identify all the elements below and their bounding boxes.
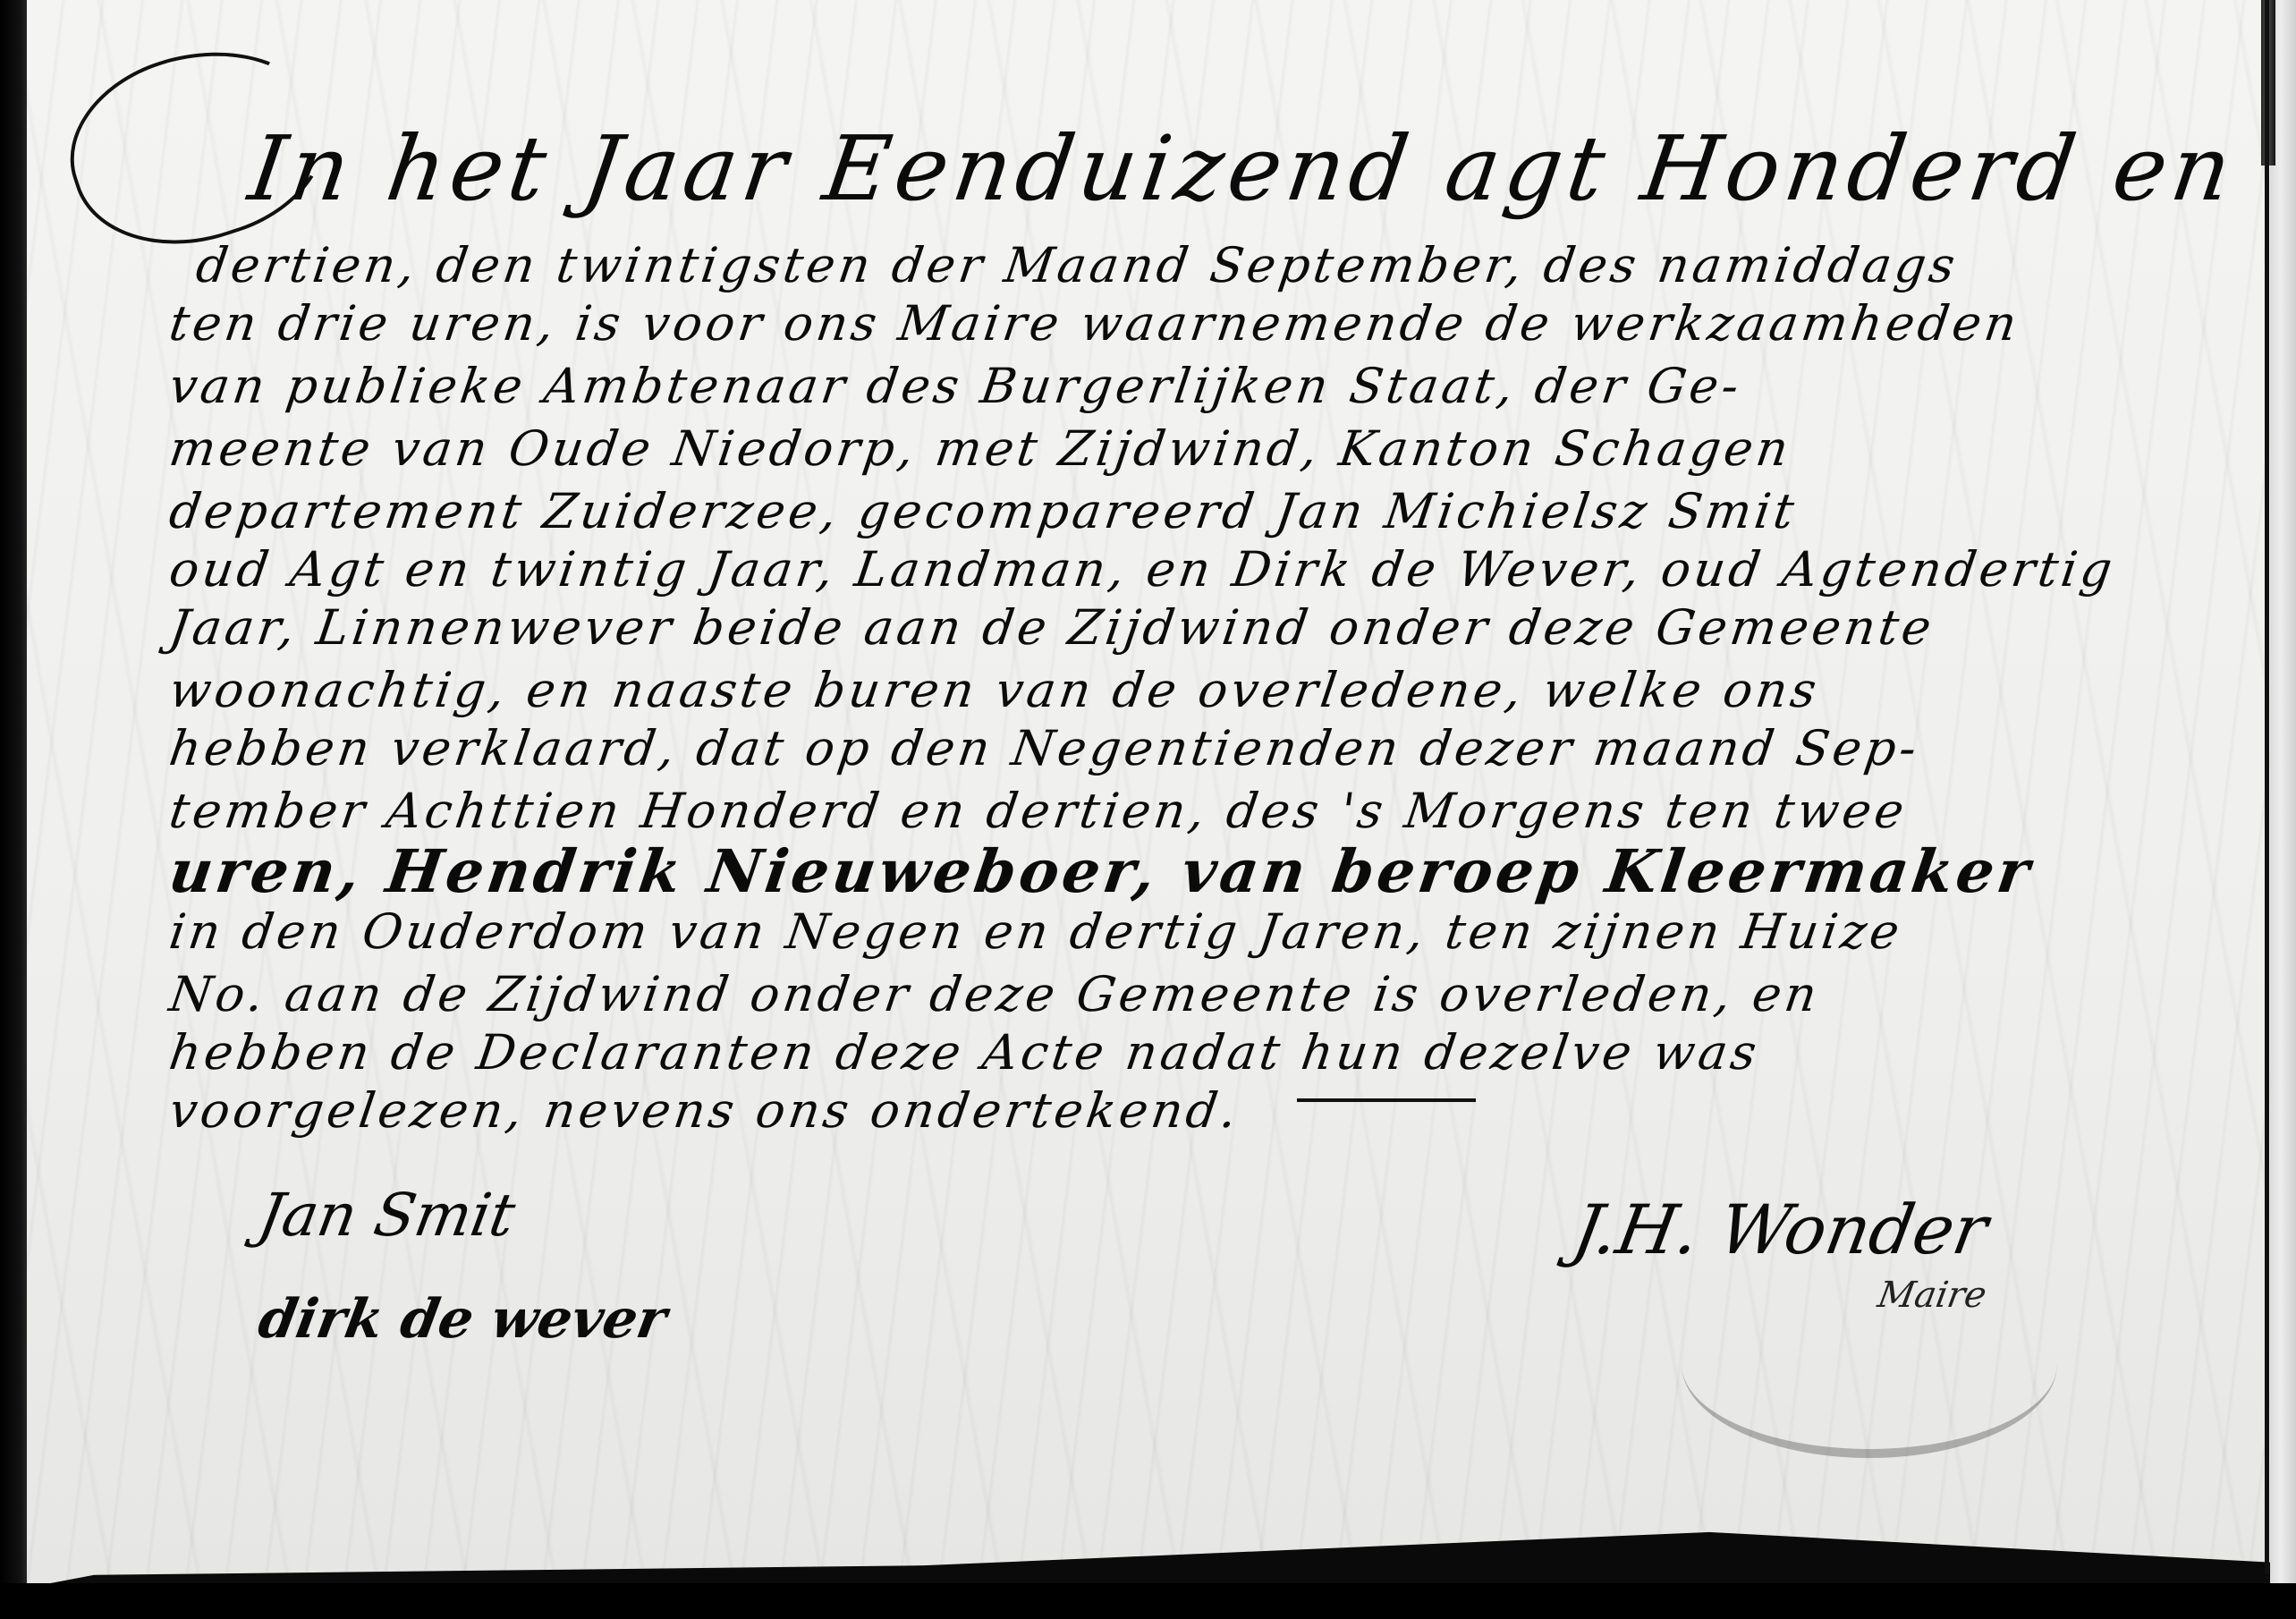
body-line-12-deceased: uren, Hendrik Nieuweboer, van beroep Kle… (165, 836, 2038, 906)
signature-maire-wonder: J.H. Wonder (1567, 1190, 1994, 1269)
body-line-3: ten drie uren, is voor ons Maire waarnem… (166, 295, 2024, 352)
body-line-6: departement Zuiderzee, gecompareerd Jan … (166, 483, 1801, 539)
signature-witness-jan-smit: Jan Smit (253, 1181, 520, 1250)
closing-dash (1297, 1098, 1476, 1102)
body-line-15: hebben de Declaranten deze Acte nadat hu… (166, 1024, 1764, 1081)
body-line-4: van publieke Ambtenaar des Burgerlijken … (166, 358, 1746, 414)
body-line-14: No. aan de Zijdwind onder deze Gemeente … (166, 966, 1824, 1022)
signature-witness-dirk-de-wever: dirk de wever (254, 1288, 672, 1351)
body-line-9: woonachtig, en naaste buren van de overl… (166, 662, 1824, 718)
scan-bottom-edge (0, 1583, 2296, 1619)
binding-line (2265, 0, 2269, 1574)
scan-left-edge (0, 0, 29, 1619)
body-line-10: hebben verklaard, dat op den Negentiende… (166, 720, 1924, 776)
body-line-2: dertien, den twintigsten der Maand Septe… (193, 237, 1962, 293)
adjacent-page-edge (2270, 0, 2296, 1588)
body-line-16: voorgelezen, nevens ons ondertekend. (166, 1082, 1244, 1139)
body-line-11: tember Achttien Honderd en dertien, des … (166, 783, 1911, 839)
body-line-13: in den Ouderdom van Negen en dertig Jare… (166, 903, 1907, 960)
body-line-8: Jaar, Linnenwever beide aan de Zijdwind … (166, 599, 1938, 656)
document-scan: In het Jaar Eenduizend agt Honderd en de… (0, 0, 2296, 1619)
faded-seal-mark (1682, 1270, 2057, 1458)
body-line-1: In het Jaar Eenduizend agt Honderd en (243, 116, 2242, 221)
body-line-7: oud Agt en twintig Jaar, Landman, en Dir… (166, 541, 2120, 598)
body-line-5: meente van Oude Niedorp, met Zijdwind, K… (166, 420, 1796, 477)
